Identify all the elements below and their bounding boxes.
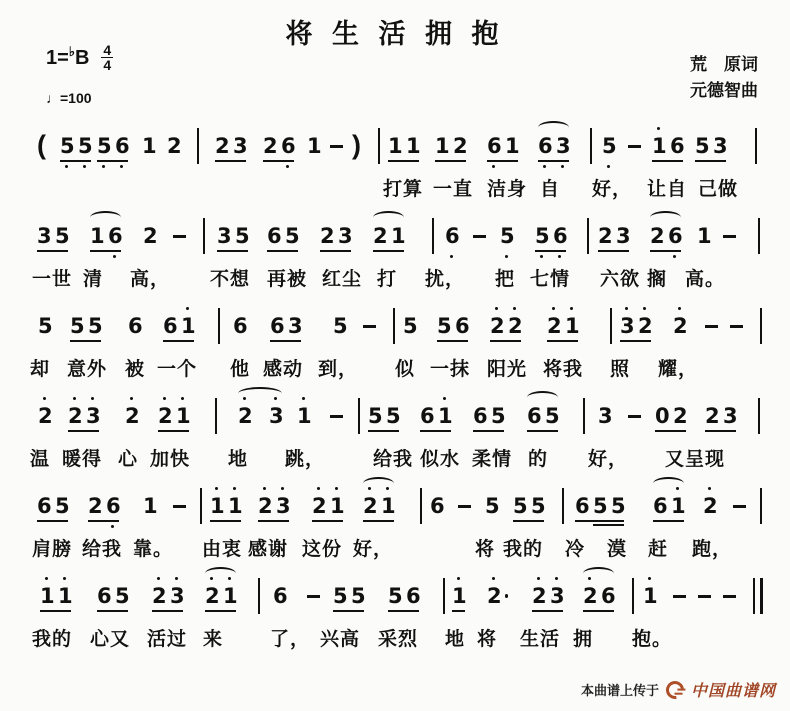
octave-dot-high [708,487,711,490]
note: 6 [106,494,119,518]
note: 1 [671,494,684,518]
note: 1 [90,224,103,248]
beam-line [363,520,394,522]
note: 2 [373,224,386,248]
note: 5 [531,494,544,518]
barline [758,218,760,254]
note: 2 [205,584,218,608]
note: 5 [368,404,381,428]
note-digit: 5 [485,494,498,518]
note-digit: 1 [452,584,465,608]
note: 6 [527,404,540,428]
octave-dot-high [625,307,628,310]
note: 5 [235,224,248,248]
sheet-music-page: 将 生 活 拥 抱 1=♭B 4 4 ♩=100 荒 原词 元德智曲 (5556… [0,0,790,711]
note-group: 35 [217,224,248,248]
duration-dash [698,595,711,598]
note: 5 [602,134,615,158]
barline [378,128,380,164]
note-digit: 6 [406,584,419,608]
note-digit: 6 [273,584,286,608]
beam-line [312,520,343,522]
note-digit: 5 [115,584,128,608]
barline [443,578,445,614]
note-digit: 5 [285,224,298,248]
note: 6 [653,494,666,518]
lyric-syllable: 六欲 [600,264,640,291]
note: 5 [55,224,68,248]
duration-dash [628,145,641,148]
tie-arc [373,211,404,224]
note-group: 26 [263,134,294,158]
note: 6 [420,404,433,428]
octave-dot-high [492,577,495,580]
note: 2 [583,584,596,608]
note: 2 [258,494,271,518]
score-line: 65261112321216555655612肩膀给我靠。由衷感谢这份好，将我的… [0,484,790,574]
octave-dot-high [215,487,218,490]
note-digit: 3 [86,404,99,428]
note: 6 [406,584,419,608]
note-digit: 1 [58,584,71,608]
note-group: 2 [703,494,716,518]
note-digit: 5 [333,584,346,608]
lyric-syllable: 心又 [90,624,130,651]
note-group: 23 [152,584,183,608]
note: 1 [223,584,236,608]
note: 2 [38,404,51,428]
lyric-syllable: 七情 [530,264,570,291]
note: 2 [547,314,560,338]
note: 6 [575,494,588,518]
lyric-syllable: 好， [592,174,632,201]
note: 3 [723,404,736,428]
note: 6 [270,314,283,338]
note-digit: 2 [363,494,376,518]
note: 2 [673,404,686,428]
duration-dash [330,145,343,148]
parenthesis: ( [37,130,46,161]
tie-arc [538,121,569,134]
beam-line [473,430,504,432]
watermark-text: 本曲谱上传于 [581,680,659,699]
note-digit: 6 [445,224,458,248]
note-digit: 2 [205,584,218,608]
key-signature: 1=♭B 4 4 [46,44,113,72]
note: 3 [620,314,633,338]
note-group: 2 [38,404,51,428]
lyric-syllable: 好， [353,534,393,561]
lyric-syllable: 似水 [420,444,460,471]
octave-dot-low [111,525,114,528]
lyric-syllable: 心 [118,444,138,471]
octave-dot-low [540,255,543,258]
note: 2 [167,134,180,158]
lyric-syllable: 打算 [383,174,423,201]
lyric-syllable: 他 [230,354,250,381]
note-digit: 1 [388,134,401,158]
score-line: 3516235652321655623261一世清高，不想再被红尘打扰，把七情六… [0,214,790,304]
note-digit: 5 [531,494,544,518]
note-digit: 3 [620,314,633,338]
lyric-syllable: 靠。 [133,534,173,561]
octave-dot-high [63,577,66,580]
note: 3 [269,404,282,428]
barline [760,308,762,344]
note-digit: 3 [713,134,726,158]
note: 1 [391,224,404,248]
score-line: 11652321655561223261我的心又活过来了，兴高采烈地将生活拥抱。 [0,574,790,664]
note-digit: 6 [106,494,119,518]
note-digit: 6 [128,314,141,338]
note-digit: 5 [78,134,91,158]
note: 6 [430,494,443,518]
site-name: 中国曲谱网 [691,678,776,701]
beam-line [97,160,128,162]
octave-dot-high [657,127,660,130]
note-group: 23 [68,404,99,428]
note-digit: 6 [473,404,486,428]
note-group: 11 [40,584,71,608]
lyric-syllable: 将 [475,534,495,561]
tie-arc [238,387,282,400]
lyric-syllable: 红尘 [322,264,362,291]
note-digit: 1 [381,494,394,518]
barline [587,218,589,254]
beam-line [437,340,468,342]
beam-line [435,160,466,162]
note-group: 61 [420,404,451,428]
barline [758,398,760,434]
lyric-row: 肩膀给我靠。由衷感谢这份好，将我的冷漠赶跑， [0,532,790,564]
beam-line [388,160,419,162]
octave-dot-low [113,255,116,258]
note-digit: 1 [652,134,665,158]
note-group: 2 [143,224,156,248]
note: 1 [406,134,419,158]
note-digit: 6 [455,314,468,338]
note-digit: 1 [391,224,404,248]
lyric-syllable: 暖得 [62,444,102,471]
note-digit: 2 [598,224,611,248]
note: 3 [550,584,563,608]
note: 2 [487,584,500,608]
beam-line [490,340,521,342]
note-digit: 1 [671,494,684,518]
beam-line [695,160,726,162]
beam-line [452,610,465,612]
note-digit: 0 [655,404,668,428]
note-group: 2 [487,584,500,608]
note-digit: 5 [695,134,708,158]
tie-arc [205,567,236,580]
lyric-row: 却意外被一个他感动到，似一抹阳光将我照耀， [0,352,790,384]
note: 1 [505,134,518,158]
note-digit: 3 [269,404,282,428]
note-digit: 2 [38,404,51,428]
duration-dash [458,505,471,508]
octave-dot-high [335,487,338,490]
note-group: 12 [435,134,466,158]
note-digit: 5 [235,224,248,248]
note: 6 [37,494,50,518]
note: 5 [55,494,68,518]
note: 5 [285,224,298,248]
beam-line [152,610,183,612]
lyric-syllable: 将我 [543,354,583,381]
augmentation-dot [505,594,509,598]
note-digit: 5 [403,314,416,338]
note: 2 [363,494,376,518]
note: 1 [388,134,401,158]
tie-arc [90,211,121,224]
tie-arc [650,211,681,224]
barline [203,218,205,254]
composer-credit: 元德智曲 [690,78,758,104]
note-digit: 2 [320,224,333,248]
octave-dot-high [513,307,516,310]
note-digit: 3 [288,314,301,338]
note: 2 [532,584,545,608]
note-group: 53 [695,134,726,158]
note: 6 [115,134,128,158]
barline [393,308,395,344]
note-digit: 3 [723,404,736,428]
beam-line [270,340,301,342]
lyric-syllable: 漠 [607,534,627,561]
note-group: 655 [575,494,624,518]
note-group: 55 [60,134,91,158]
note-digit: 6 [163,314,176,338]
lyric-syllable: 好， [588,444,628,471]
note-group: 32 [620,314,651,338]
duration-dash [723,235,736,238]
note-group: 1 [643,584,656,608]
note-group: 56 [97,134,128,158]
beam-line [513,520,544,522]
note-digit: 2 [703,494,716,518]
note-digit: 5 [535,224,548,248]
lyric-syllable: 给我 [373,444,413,471]
note: 6 [128,314,141,338]
lyric-syllable: 自 [540,174,560,201]
lyric-syllable: 柔情 [472,444,512,471]
note-digit: 6 [487,134,500,158]
note-digit: 6 [601,584,614,608]
note: 1 [297,404,310,428]
note-group: 61 [163,314,194,338]
note: 6 [273,584,286,608]
octave-dot-high [537,577,540,580]
barline [755,128,757,164]
octave-dot-high [91,397,94,400]
note: 5 [500,224,513,248]
note: 5 [491,404,504,428]
beam-line [532,610,563,612]
note: 2 [215,134,228,158]
lyric-syllable: 我的 [32,624,72,651]
note-digit: 5 [55,224,68,248]
octave-dot-high [73,397,76,400]
note-digit: 2 [312,494,325,518]
note-group: 1 [142,134,155,158]
note-digit: 5 [500,224,513,248]
octave-dot-high [186,307,189,310]
note-digit: 1 [643,584,656,608]
note-digit: 2 [152,584,165,608]
note: 6 [473,404,486,428]
lyric-syllable: 把 [495,264,515,291]
octave-dot-low [450,255,453,258]
note: 5 [97,134,110,158]
note-group: 2 [167,134,180,158]
note: 6 [455,314,468,338]
beam-line-2 [593,524,624,526]
octave-dot-high [163,397,166,400]
octave-dot-high [643,307,646,310]
flat-sign: ♭ [69,44,75,60]
note: 3 [86,404,99,428]
note-group: 11 [210,494,241,518]
note-digit: 1 [228,494,241,518]
note-group: 21 [363,494,394,518]
note-digit: 1 [565,314,578,338]
note: 2 [143,224,156,248]
notation-row: 11652321655561223261 [0,574,790,622]
note-group: 26 [583,584,614,608]
note: 5 [437,314,450,338]
lyric-syllable: 由衷 [202,534,242,561]
note-digit: 6 [670,134,683,158]
octave-dot-low [120,165,123,168]
octave-dot-high [181,397,184,400]
lyric-syllable: 一抹 [430,354,470,381]
note: 1 [210,494,223,518]
note-group: 56 [388,584,419,608]
note: 2 [490,314,503,338]
octave-dot-low [492,165,495,168]
note-digit: 5 [437,314,450,338]
note-digit: 2 [453,134,466,158]
note: 3 [217,224,230,248]
note: 1 [143,494,156,518]
lyric-syllable: 耀， [658,354,698,381]
beam-line [620,340,651,342]
octave-dot-low [286,165,289,168]
note-digit: 6 [527,404,540,428]
note-group: 16 [90,224,121,248]
lyric-syllable: 跑， [692,534,732,561]
notation-row: 65261112321216555655612 [0,484,790,532]
note-digit: 2 [167,134,180,158]
note-digit: 2 [88,494,101,518]
beam-line [538,160,569,162]
notation-row: (55561223261)1112616351653 [0,124,790,172]
note-group: 23 [215,134,246,158]
tie-arc [653,477,684,490]
note-digit: 6 [653,494,666,518]
note-group: 21 [205,584,236,608]
note-digit: 2 [705,404,718,428]
note: 5 [593,494,606,518]
octave-dot-high [678,307,681,310]
note: 3 [233,134,246,158]
note-group: 5 [485,494,498,518]
beam-line [68,430,99,432]
barline [590,128,592,164]
note: 2 [152,584,165,608]
lyric-syllable: 生活 [520,624,560,651]
duration-dash [733,505,746,508]
note-digit: 3 [217,224,230,248]
note: 5 [333,584,346,608]
note-digit: 5 [491,404,504,428]
note-digit: 2 [638,314,651,338]
note: 2 [650,224,663,248]
note: 1 [643,584,656,608]
note-digit: 1 [438,404,451,428]
lyric-syllable: 我的 [503,534,543,561]
note: 2 [598,224,611,248]
beam-line [652,160,683,162]
note: 5 [333,314,346,338]
note-digit: 6 [108,224,121,248]
note: 5 [535,224,548,248]
lyric-syllable: 一直 [433,174,473,201]
duration-dash [705,325,718,328]
barline [200,488,202,524]
lyric-syllable: 照 [610,354,630,381]
note-group: 23 [258,494,289,518]
beam-line [320,250,351,252]
note-group: 55 [368,404,399,428]
note: 3 [276,494,289,518]
note-digit: 5 [593,494,606,518]
note: 3 [170,584,183,608]
lyric-syllable: 高， [130,264,170,291]
duration-dash [673,595,686,598]
note-group: 2 [673,314,686,338]
note: 5 [78,134,91,158]
note: 6 [487,134,500,158]
lyric-syllable: 加快 [150,444,190,471]
beam-line [368,430,399,432]
octave-dot-low [607,165,610,168]
lyricist-credit: 荒 原词 [690,52,758,78]
note-digit: 3 [37,224,50,248]
note-group: 6 [128,314,141,338]
beam-line [70,340,101,342]
note-digit: 5 [60,134,73,158]
note-group: 65 [473,404,504,428]
note: 1 [438,404,451,428]
note-group: 6 [445,224,458,248]
qupu-site-logo-icon [662,677,687,702]
note: 1 [40,584,53,608]
note-digit: 3 [233,134,246,158]
notation-row: 3516235652321655623261 [0,214,790,262]
note-group: 65 [97,584,128,608]
note-digit: 2 [68,404,81,428]
note-digit: 5 [386,404,399,428]
octave-dot-high [443,397,446,400]
note-digit: 5 [97,134,110,158]
note-digit: 2 [258,494,271,518]
note-digit: 6 [97,584,110,608]
beam-line [575,520,624,522]
note-digit: 2 [487,584,500,608]
note-group: 55 [513,494,544,518]
